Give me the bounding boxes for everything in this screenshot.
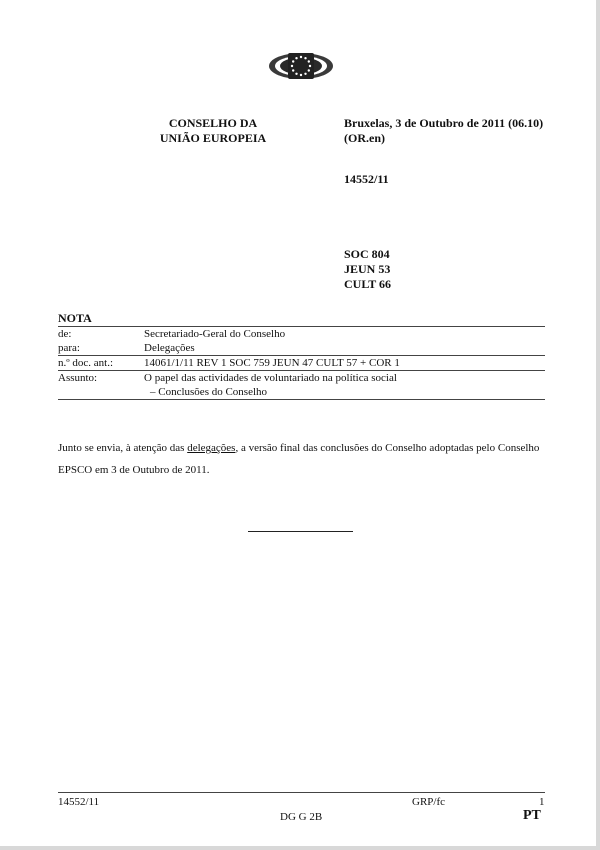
code-cult: CULT 66 <box>344 277 391 292</box>
institution-line-2: UNIÃO EUROPEIA <box>143 131 283 146</box>
code-soc: SOC 804 <box>344 247 391 262</box>
doc-codes: SOC 804 JEUN 53 CULT 66 <box>344 247 391 292</box>
separator-line <box>248 531 353 532</box>
note-metadata-table: de: Secretariado-Geral do Conselho para:… <box>58 326 545 400</box>
institution-name: CONSELHO DA UNIÃO EUROPEIA <box>143 116 283 146</box>
meta-label: n.º doc. ant.: <box>58 356 144 371</box>
meta-value-subject: O papel das actividades de voluntariado … <box>144 371 545 400</box>
subject-subtitle: – Conclusões do Conselho <box>144 385 545 399</box>
subject-text: O papel das actividades de voluntariado … <box>144 371 545 385</box>
body-text-start: Junto se envia, à atenção das <box>58 442 187 454</box>
meta-row-subject: Assunto: O papel das actividades de volu… <box>58 371 545 400</box>
body-paragraph: Junto se envia, à atenção das delegações… <box>58 437 548 481</box>
place-date: Bruxelas, 3 de Outubro de 2011 (06.10) <box>344 116 543 131</box>
meta-label: para: <box>58 341 144 356</box>
body-underlined-word: delegações <box>187 442 235 454</box>
doc-number: 14552/11 <box>344 172 389 187</box>
meta-row-prev-doc: n.º doc. ant.: 14061/1/11 REV 1 SOC 759 … <box>58 356 545 371</box>
meta-value: Delegações <box>144 341 545 356</box>
footer-author-code: GRP/fc <box>412 796 445 808</box>
meta-value: 14061/1/11 REV 1 SOC 759 JEUN 47 CULT 57… <box>144 356 545 371</box>
original-language: (OR.en) <box>344 131 543 146</box>
meta-row-to: para: Delegações <box>58 341 545 356</box>
eu-council-logo-icon <box>268 45 334 87</box>
institution-line-1: CONSELHO DA <box>143 116 283 131</box>
meta-label: Assunto: <box>58 371 144 400</box>
meta-value: Secretariado-Geral do Conselho <box>144 327 545 342</box>
footer-doc-number: 14552/11 <box>58 796 99 808</box>
footer-directorate: DG G 2B <box>280 811 322 823</box>
footer-language: PT <box>523 808 541 824</box>
place-date-block: Bruxelas, 3 de Outubro de 2011 (06.10) (… <box>344 116 543 146</box>
code-jeun: JEUN 53 <box>344 262 391 277</box>
document-page: CONSELHO DA UNIÃO EUROPEIA Bruxelas, 3 d… <box>0 0 600 850</box>
footer-page-number: 1 <box>539 796 545 808</box>
footer-divider <box>58 792 545 793</box>
meta-label: de: <box>58 327 144 342</box>
note-title: NOTA <box>58 311 92 326</box>
meta-row-from: de: Secretariado-Geral do Conselho <box>58 327 545 342</box>
